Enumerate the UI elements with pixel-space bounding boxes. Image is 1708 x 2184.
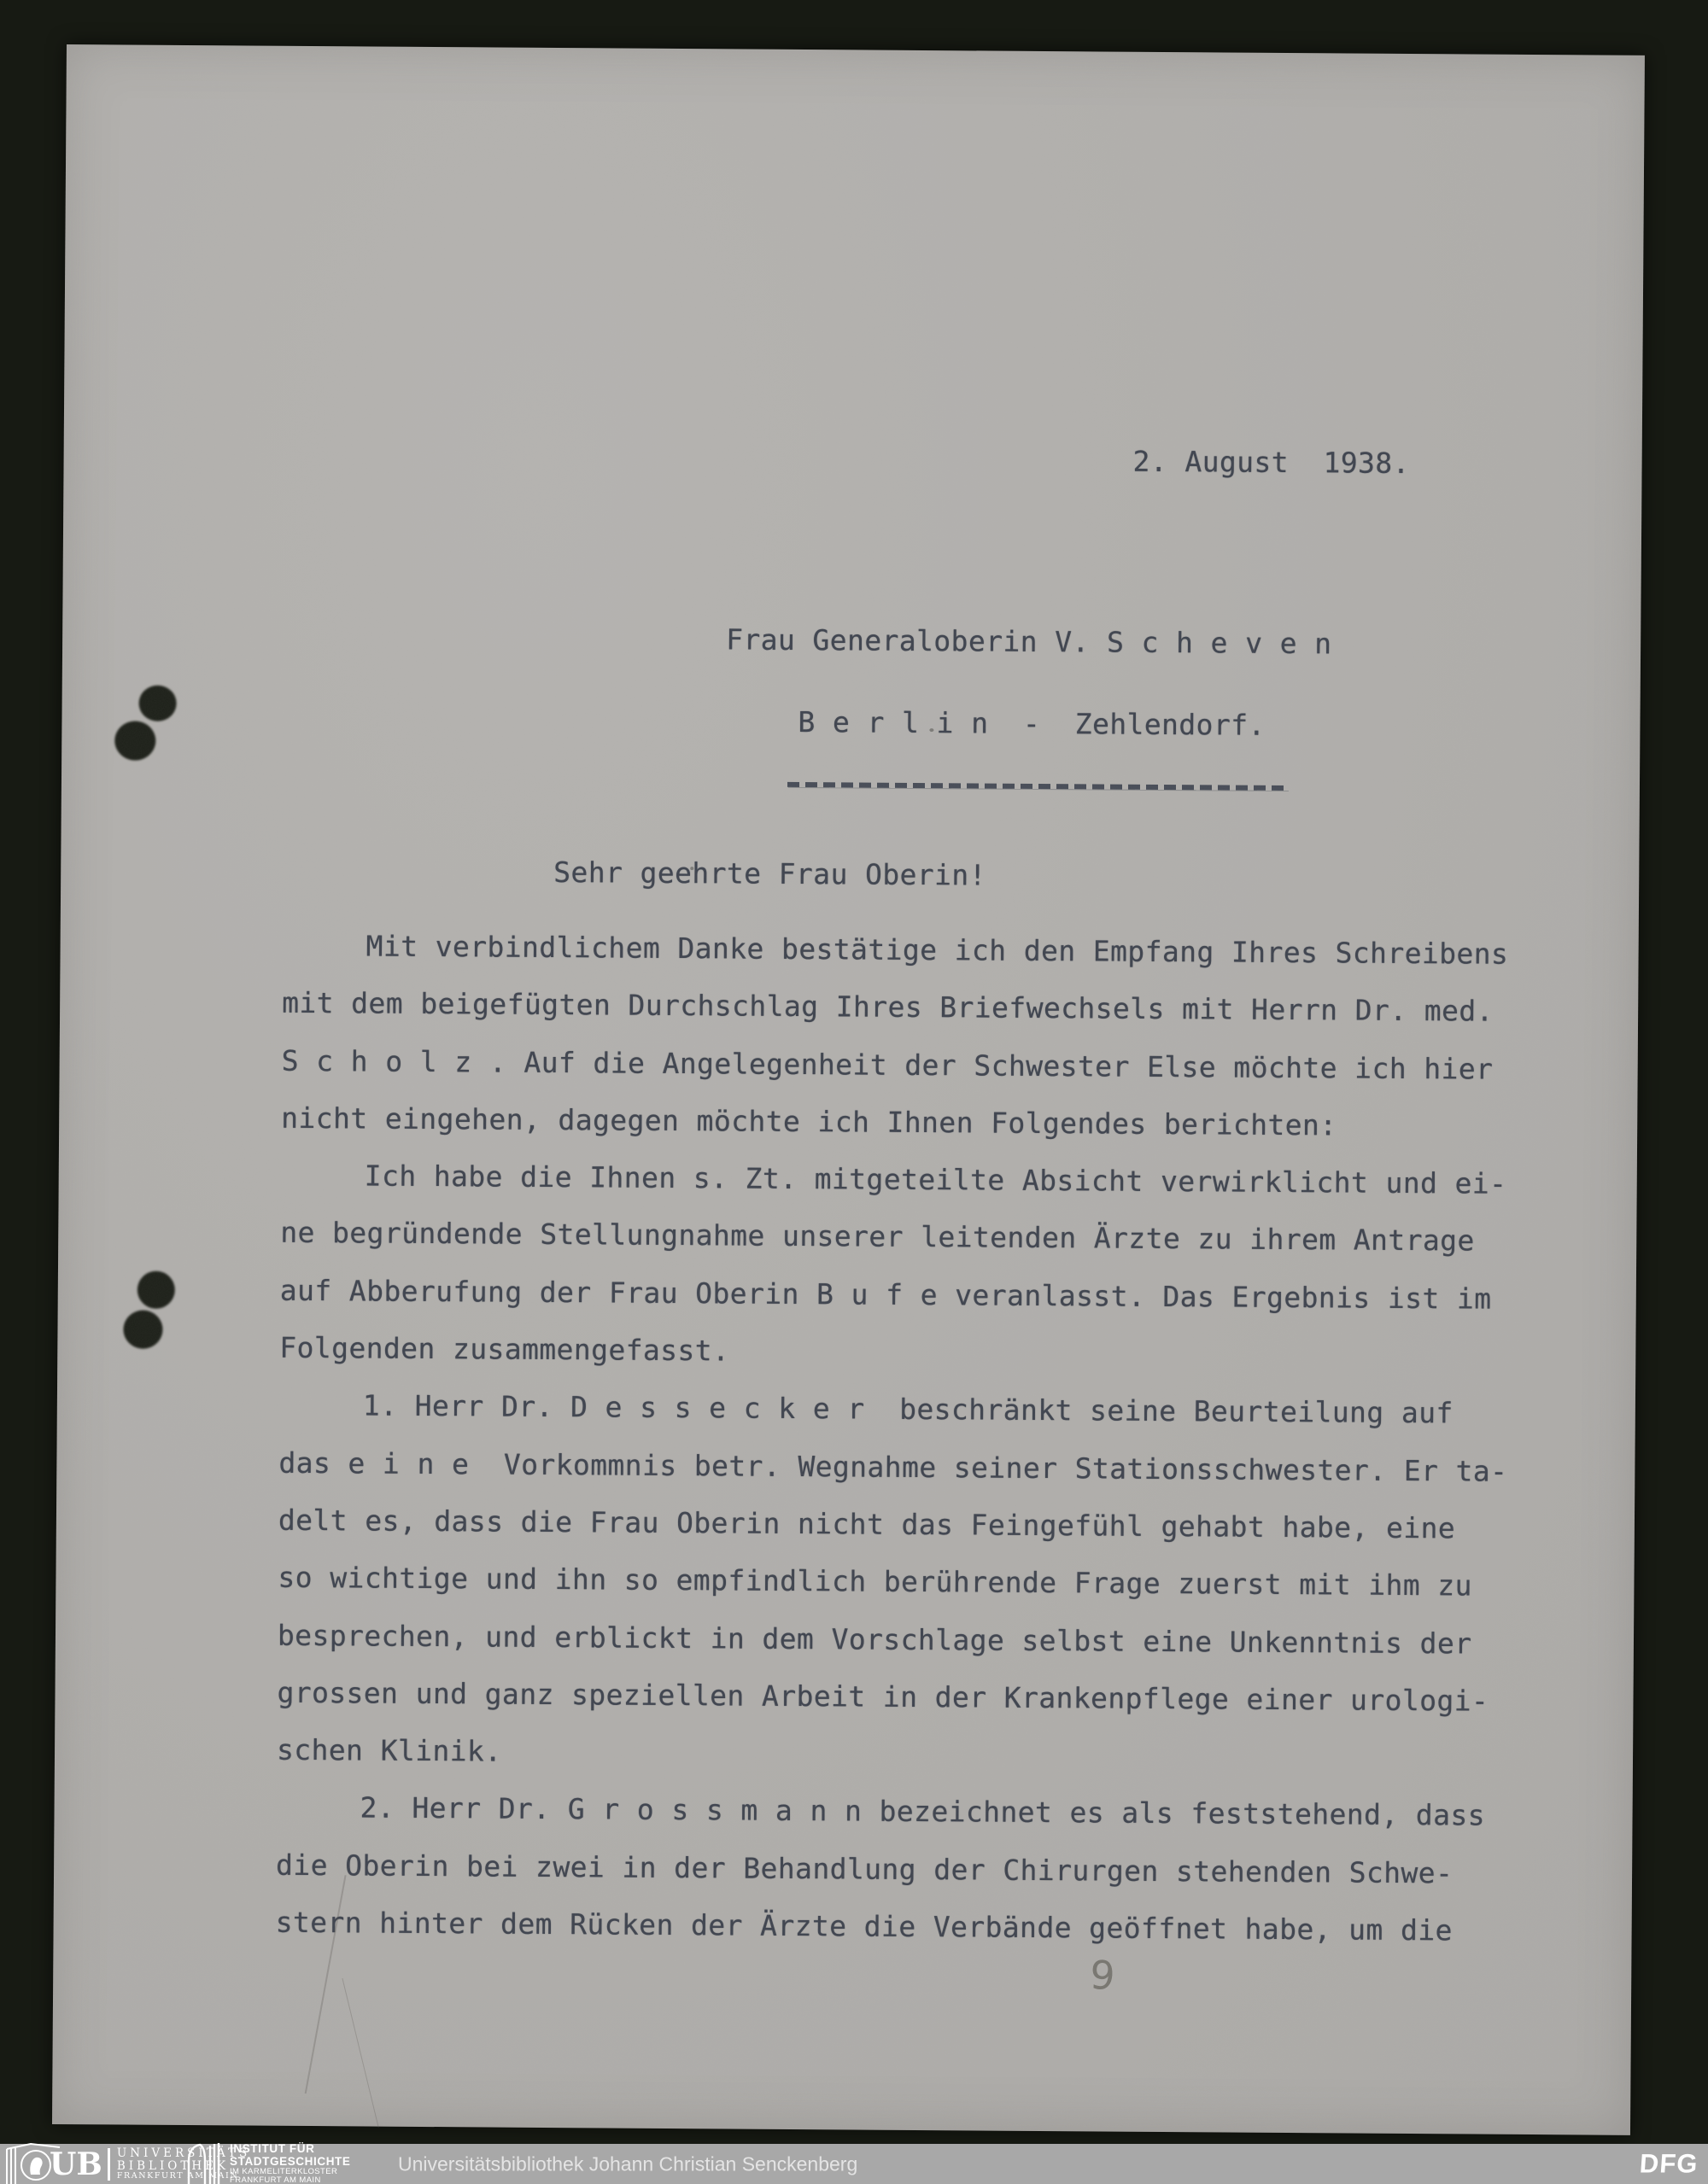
paper-speck	[929, 728, 933, 732]
letter-body-line: Ich habe die Ihnen s. Zt. mitgeteilte Ab…	[281, 1147, 1545, 1213]
library-name-text: Universitätsbibliothek Johann Christian …	[398, 2152, 857, 2175]
letter-body-line: das e i n e Vorkommnis betr. Wegnahme se…	[278, 1434, 1542, 1500]
gothic-arch-icon	[186, 2142, 222, 2184]
letter-body-line: besprechen, und erblickt in dem Vorschla…	[278, 1606, 1541, 1673]
letter-body-line: mit dem beigefügten Durchschlag Ihres Br…	[282, 974, 1546, 1041]
ub-divider	[108, 2148, 110, 2181]
dfg-logo: DFG	[1638, 2148, 1699, 2179]
letter-date: 2. August 1938.	[1132, 445, 1410, 480]
letter-body-line: so wichtige und ihn so empfindlich berüh…	[278, 1549, 1541, 1615]
institut-word-line: INSTITUT FÜR	[230, 2143, 351, 2155]
letter-body-line: delt es, dass die Frau Oberin nicht das …	[278, 1492, 1542, 1558]
letter-body-line: 2. Herr Dr. G r o s s m a n n bezeichnet…	[276, 1778, 1540, 1845]
letter-body-line: schen Klinik.	[277, 1721, 1541, 1788]
institut-wordmark: INSTITUT FÜR STADTGESCHICHTE IM KARMELIT…	[230, 2143, 351, 2184]
pencil-page-number: 9	[1089, 1952, 1116, 2000]
recipient-name-line: Frau Generaloberin V. S c h e v e n	[726, 622, 1332, 660]
letter-body-line: auf Abberufung der Frau Oberin B u f e v…	[280, 1262, 1544, 1329]
archive-footer-bar: UB UNIVERSITÄTS BIBLIOTHEK FRANKFURT AM …	[0, 2144, 1708, 2184]
letter-page: 2. August 1938. Frau Generaloberin V. S …	[52, 44, 1645, 2135]
letter-body: Mit verbindlichem Danke bestätige ich de…	[275, 917, 1546, 1960]
typed-dashed-rule	[787, 782, 1290, 791]
letter-body-line: S c h o l z . Auf die Angelegenheit der …	[281, 1031, 1545, 1098]
letter-body-line: die Oberin bei zwei in der Behandlung de…	[276, 1837, 1540, 1903]
letter-body-line: grossen und ganz speziellen Arbeit in de…	[277, 1664, 1541, 1731]
punch-hole	[137, 1271, 175, 1309]
letter-body-line: ne begründende Stellungnahme unserer lei…	[280, 1204, 1544, 1270]
punch-hole	[114, 721, 155, 760]
paper-crease	[342, 1978, 378, 2128]
letter-body-line: Mit verbindlichem Danke bestätige ich de…	[282, 917, 1546, 984]
ub-abbr: UB	[50, 2149, 102, 2180]
salutation: Sehr geehrte Frau Oberin!	[553, 855, 986, 892]
paper-speck	[690, 867, 693, 870]
institut-stadtgeschichte-logo: INSTITUT FÜR STADTGESCHICHTE IM KARMELIT…	[186, 2142, 351, 2184]
letter-body-line: Folgenden zusammengefasst.	[279, 1319, 1543, 1386]
institut-word-line: FRANKFURT AM MAIN	[230, 2176, 351, 2184]
punch-hole	[138, 686, 176, 721]
letter-body-line: stern hinter dem Rücken der Ärzte die Ve…	[275, 1894, 1539, 1960]
letter-body-line: 1. Herr Dr. D e s s e c k e r beschränkt…	[279, 1376, 1543, 1443]
scan-background: 2. August 1938. Frau Generaloberin V. S …	[0, 0, 1708, 2184]
letter-body-line: nicht eingehen, dagegen möchte ich Ihnen…	[281, 1089, 1545, 1156]
recipient-city-line: B e r l i n - Zehlendorf.	[798, 705, 1265, 742]
institut-word-line: STADTGESCHICHTE	[230, 2156, 351, 2168]
punch-hole	[123, 1311, 162, 1349]
